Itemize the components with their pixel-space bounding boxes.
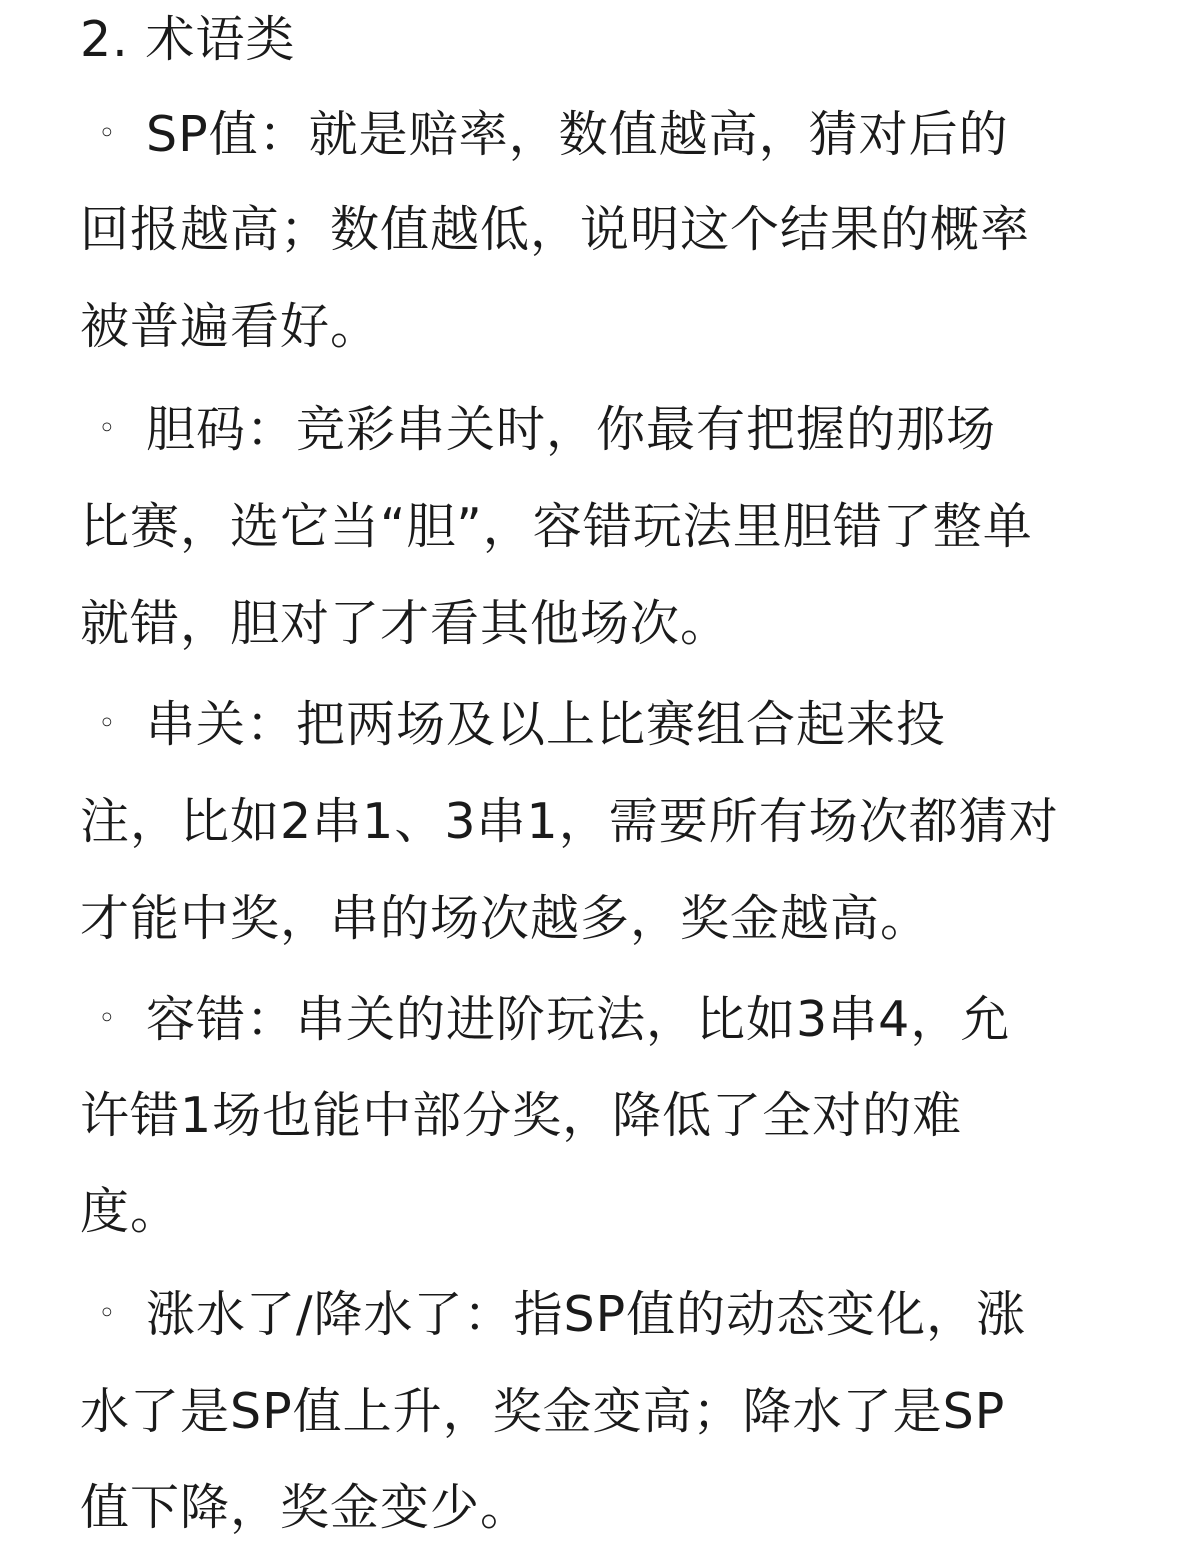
- term-shuiwei-line-1: ◦涨水了/降水了：指SP值的动态变化，涨: [80, 1285, 1026, 1348]
- term-danma-line-2: 比赛，选它当“胆”，容错玩法里胆错了整单: [80, 497, 1033, 557]
- term-text: 串关：把两场及以上比赛组合起来投: [146, 696, 946, 753]
- term-sp-line-1: ◦SP值：就是赔率，数值越高，猜对后的: [80, 105, 1009, 168]
- bullet-icon: ◦: [80, 1284, 146, 1344]
- bullet-icon: ◦: [80, 694, 146, 754]
- section-title: 2. 术语类: [80, 10, 295, 70]
- term-sp-line-3: 被普遍看好。: [80, 297, 380, 357]
- term-rongcuo-line-1: ◦容错：串关的进阶玩法，比如3串4，允: [80, 990, 1010, 1053]
- bullet-icon: ◦: [80, 989, 146, 1049]
- term-chuanguan-line-2: 注，比如2串1、3串1，需要所有场次都猜对: [80, 792, 1059, 852]
- term-danma-line-1: ◦胆码：竞彩串关时，你最有把握的那场: [80, 400, 996, 463]
- term-shuiwei-line-2: 水了是SP值上升，奖金变高；降水了是SP: [80, 1382, 1005, 1442]
- term-text: 胆码：竞彩串关时，你最有把握的那场: [146, 401, 996, 458]
- term-rongcuo-line-2: 许错1场也能中部分奖，降低了全对的难: [80, 1086, 962, 1146]
- term-text: 容错：串关的进阶玩法，比如3串4，允: [146, 991, 1010, 1048]
- term-chuanguan-line-1: ◦串关：把两场及以上比赛组合起来投: [80, 695, 946, 758]
- bullet-icon: ◦: [80, 399, 146, 459]
- term-rongcuo-line-3: 度。: [80, 1182, 180, 1242]
- term-sp-line-2: 回报越高；数值越低，说明这个结果的概率: [80, 200, 1030, 260]
- bullet-icon: ◦: [80, 104, 146, 164]
- term-text: 涨水了/降水了：指SP值的动态变化，涨: [146, 1286, 1026, 1343]
- term-chuanguan-line-3: 才能中奖，串的场次越多，奖金越高。: [80, 889, 930, 949]
- term-text: SP值：就是赔率，数值越高，猜对后的: [146, 106, 1009, 163]
- term-shuiwei-line-3: 值下降，奖金变少。: [80, 1478, 530, 1538]
- term-danma-line-3: 就错，胆对了才看其他场次。: [80, 594, 730, 654]
